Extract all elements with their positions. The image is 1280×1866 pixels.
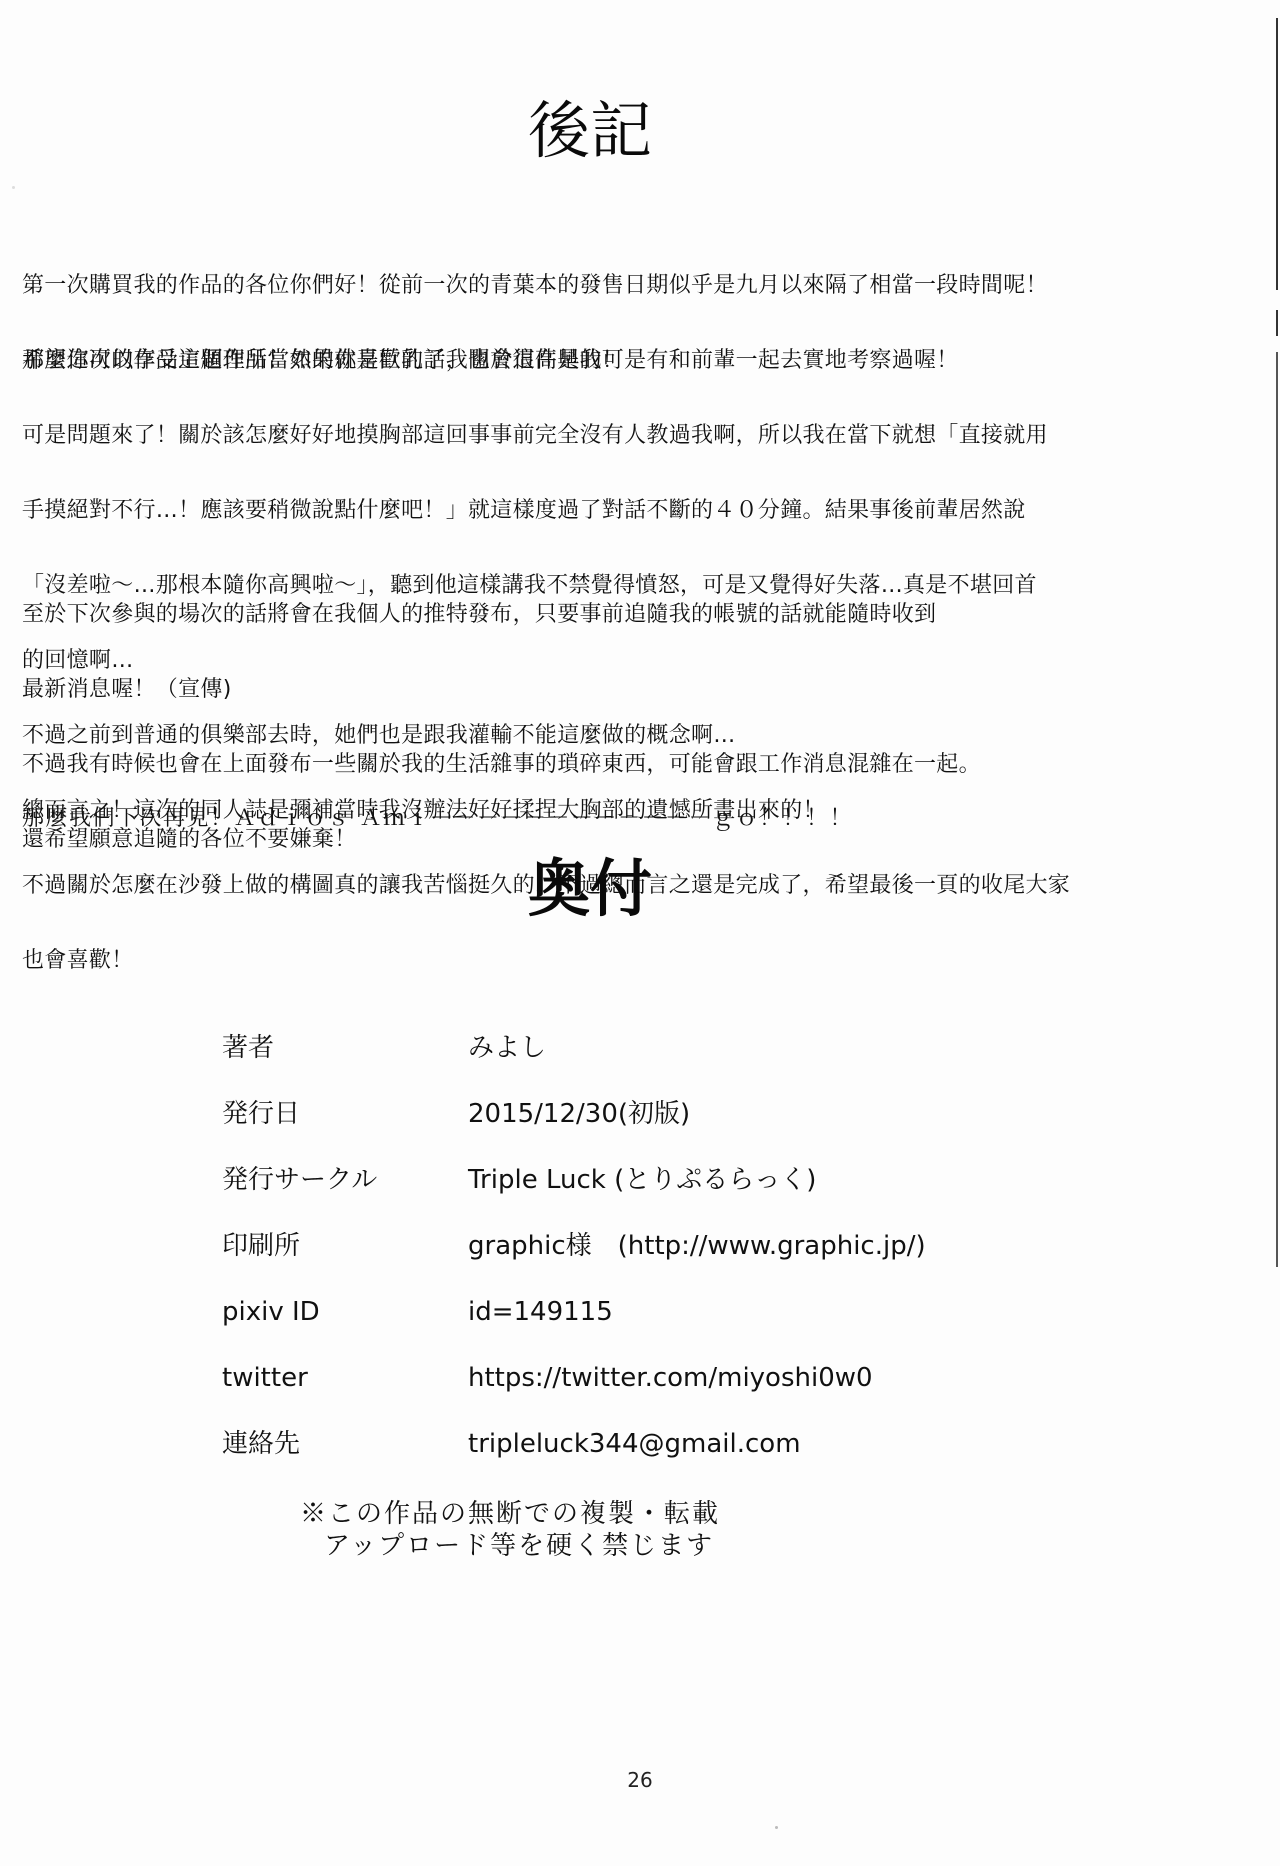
afterword-closing: 那麼我們下次再見！Ａｄｉｏｓ Ａｍｉ－－－－－－－－－－－－ｇｏ！！！！ xyxy=(22,756,1262,856)
text-line: 那麼這次的作品主題理所當然的就是巨乳了，關於這件是我可是有和前輩一起去實地考察過… xyxy=(22,348,1262,373)
colophon-row-printer: 印刷所 graphic様 (http://www.graphic.jp/) xyxy=(222,1228,1022,1294)
colophon-row-publish-date: 発行日 2015/12/30(初版) xyxy=(222,1096,1022,1162)
colophon-row-twitter: twitter https://twitter.com/miyoshi0w0 xyxy=(222,1360,1022,1426)
notice-line-2: アップロード等を硬く禁じます xyxy=(300,1530,720,1562)
text-line: 也會喜歡！ xyxy=(22,948,1262,973)
printer-value: graphic様 (http://www.graphic.jp/) xyxy=(468,1228,926,1264)
notice-line-1: ※この作品の無断での複製・転載 xyxy=(300,1498,720,1530)
scan-speck xyxy=(775,1826,778,1829)
pixiv-label: pixiv ID xyxy=(222,1294,320,1330)
scan-edge-line-top xyxy=(1276,18,1278,290)
author-label: 著者 xyxy=(222,1030,274,1066)
text-line: 第一次購買我的作品的各位你們好！從前一次的青葉本的發售日期似乎是九月以來隔了相當… xyxy=(22,273,1262,298)
colophon-title: 奥付 xyxy=(0,854,1180,924)
contact-label: 連絡先 xyxy=(222,1426,300,1462)
printer-label: 印刷所 xyxy=(222,1228,300,1264)
scan-edge-line-mark xyxy=(1276,310,1278,336)
publish-date-value: 2015/12/30(初版) xyxy=(468,1096,690,1132)
colophon-table: 著者 みよし 発行日 2015/12/30(初版) 発行サークル Triple … xyxy=(222,1030,1022,1492)
text-line: 至於下次參與的場次的話將會在我個人的推特發布，只要事前追隨我的帳號的話就能隨時收… xyxy=(22,602,1262,627)
text-line: 可是問題來了！關於該怎麼好好地摸胸部這回事事前完全沒有人教過我啊，所以我在當下就… xyxy=(22,423,1262,448)
colophon-row-circle: 発行サークル Triple Luck (とりぷるらっく) xyxy=(222,1162,1022,1228)
closing-line: 那麼我們下次再見！Ａｄｉｏｓ Ａｍｉ－－－－－－－－－－－－ｇｏ！！！！ xyxy=(22,806,1262,831)
text-line: 手摸絕對不行…！應該要稍微說點什麼吧！」就這樣度過了對話不斷的４０分鐘。結果事後… xyxy=(22,498,1262,523)
author-value: みよし xyxy=(468,1030,546,1066)
copyright-notice: ※この作品の無断での複製・転載 アップロード等を硬く禁じます xyxy=(300,1498,720,1562)
twitter-value: https://twitter.com/miyoshi0w0 xyxy=(468,1360,873,1396)
scan-speck xyxy=(12,186,15,189)
circle-label: 発行サークル xyxy=(222,1162,377,1198)
pixiv-value: id=149115 xyxy=(468,1294,613,1330)
contact-value: tripleluck344@gmail.com xyxy=(468,1426,801,1462)
text-line: 最新消息喔！（宣傳) xyxy=(22,677,1262,702)
scan-edge-line-bottom xyxy=(1276,352,1278,1267)
publish-date-label: 発行日 xyxy=(222,1096,300,1132)
colophon-row-pixiv: pixiv ID id=149115 xyxy=(222,1294,1022,1360)
twitter-label: twitter xyxy=(222,1360,308,1396)
colophon-row-author: 著者 みよし xyxy=(222,1030,1022,1096)
circle-value: Triple Luck (とりぷるらっく) xyxy=(468,1162,816,1198)
page-number: 26 xyxy=(0,1768,1280,1792)
colophon-row-contact: 連絡先 tripleluck344@gmail.com xyxy=(222,1426,1022,1492)
afterword-title: 後記 xyxy=(0,96,1180,166)
